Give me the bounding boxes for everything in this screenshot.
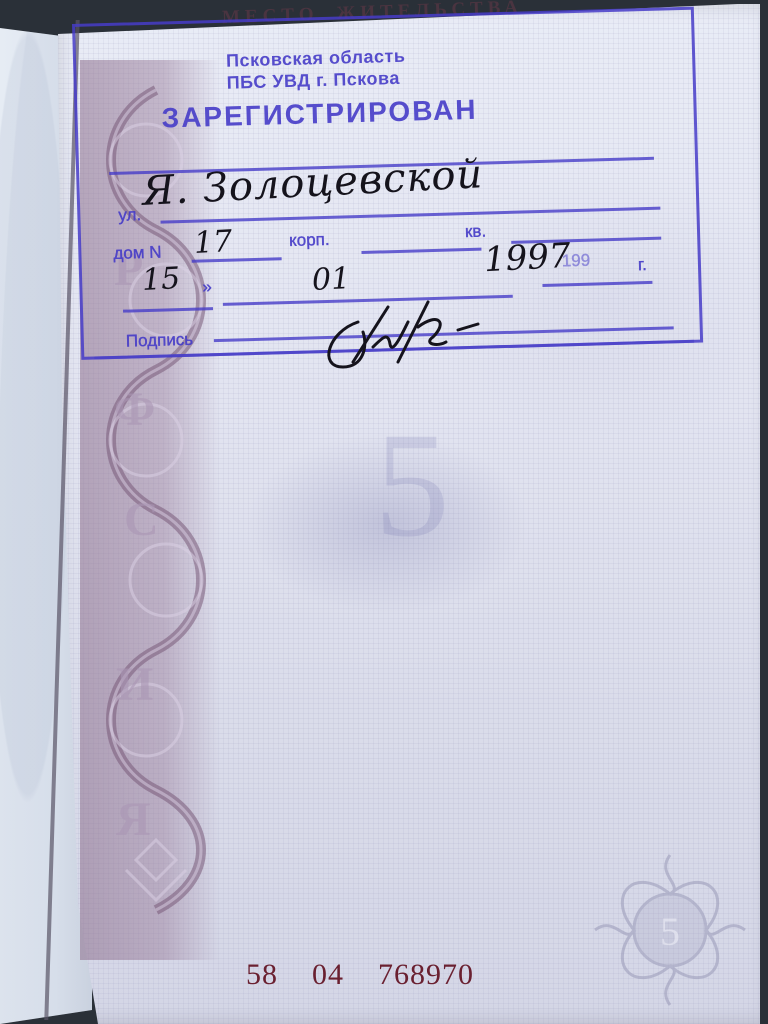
passport-serial-number: 5804768970: [246, 958, 474, 992]
street-label: ул.: [118, 205, 141, 226]
serial-series-1: 58: [246, 958, 278, 991]
rosette-emblem-icon: 5: [585, 845, 755, 1015]
stamp-rule: [542, 281, 652, 287]
building-label: корп.: [289, 230, 330, 251]
handwritten-house: 17: [193, 224, 233, 261]
house-label: дом N: [113, 243, 162, 264]
page-number-watermark: 5: [372, 420, 452, 550]
apartment-label: кв.: [465, 222, 487, 243]
passport-photo: Р Ф С И Я 5 МЕСТОЖИТЕЛЬСТВА Псковская об…: [0, 0, 768, 1024]
stamp-rule: [361, 248, 481, 254]
emblem-number: 5: [660, 909, 680, 954]
serial-series-2: 04: [312, 958, 344, 991]
signature-icon: [318, 292, 488, 382]
day-quote: »: [202, 277, 212, 297]
svg-text:Я: Я: [116, 793, 151, 846]
stamp-authority: ПБС УВД г. Пскова: [226, 68, 400, 94]
year-suffix: г.: [638, 255, 647, 275]
signature-label: Подпись: [126, 330, 194, 352]
svg-text:И: И: [116, 658, 153, 711]
serial-number: 768970: [378, 958, 474, 991]
svg-text:С: С: [124, 493, 159, 546]
stamp-rule: [123, 307, 213, 313]
svg-text:Ф: Ф: [114, 383, 155, 436]
handwritten-day: 15: [141, 261, 181, 298]
handwritten-year: 1997: [483, 236, 572, 280]
stamp-title: ЗАРЕГИСТРИРОВАН: [161, 94, 478, 135]
